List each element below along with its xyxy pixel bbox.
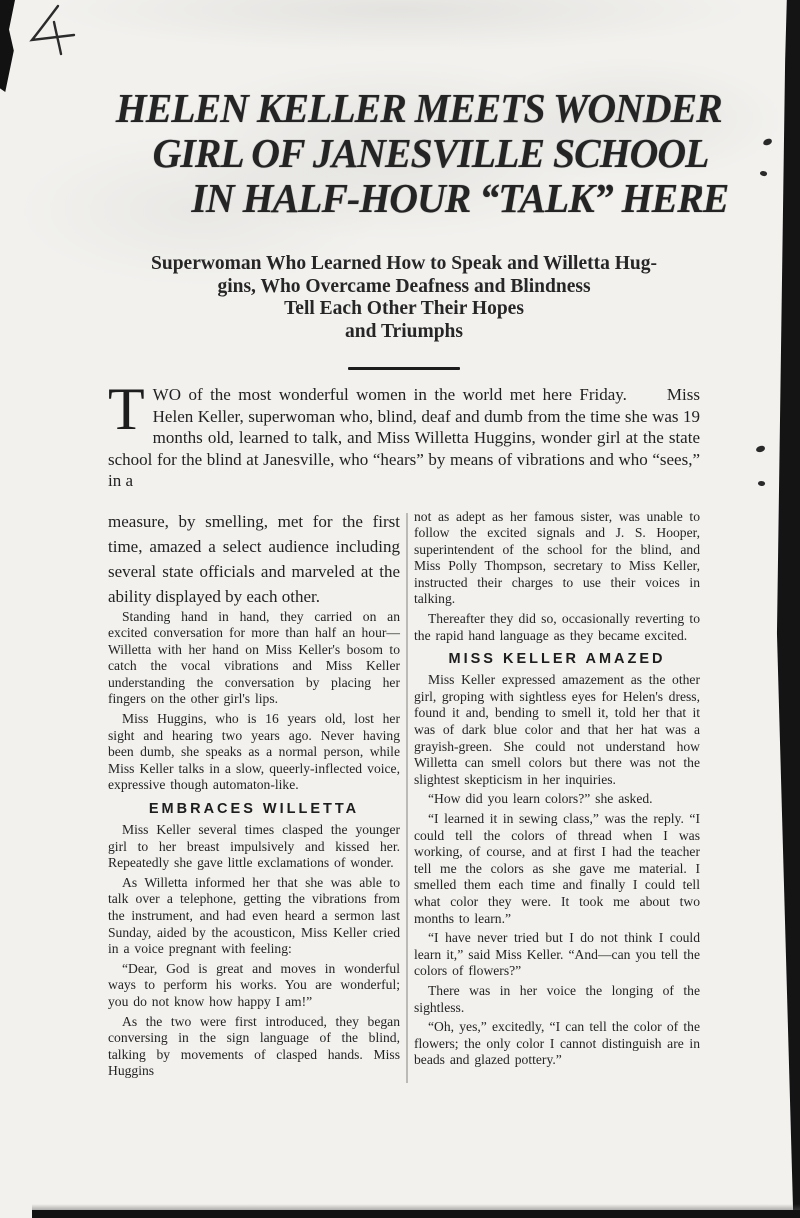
right-column: not as adept as her famous sister, was u… bbox=[414, 509, 700, 1083]
article-paragraph: Miss Huggins, who is 16 years old, lost … bbox=[108, 711, 400, 794]
headline-line: HELEN KELLER MEETS WONDER bbox=[108, 86, 682, 131]
article-paragraph: Miss Keller expressed amazement as the o… bbox=[414, 672, 700, 788]
column-divider-rule bbox=[406, 513, 408, 1083]
article-paragraph: “I learned it in sewing class,” was the … bbox=[414, 811, 700, 927]
headline-line: IN HALF-HOUR “TALK” HERE bbox=[108, 176, 682, 221]
article-paragraph: not as adept as her famous sister, was u… bbox=[414, 509, 700, 609]
article: HELEN KELLER MEETS WONDER GIRL OF JANESV… bbox=[108, 86, 700, 1083]
lead-paragraph: TWO of the most wonderful women in the w… bbox=[108, 384, 700, 492]
article-paragraph: Thereafter they did so, occasionally rev… bbox=[414, 611, 700, 644]
subheadline-line: Superwoman Who Learned How to Speak and … bbox=[108, 253, 700, 276]
article-paragraph: “How did you learn colors?” she asked. bbox=[414, 791, 700, 808]
headline-divider-rule bbox=[348, 367, 460, 370]
handwritten-four-strokes bbox=[24, 2, 80, 60]
ink-speck bbox=[756, 445, 766, 452]
headline-line: GIRL OF JANESVILLE SCHOOL bbox=[108, 131, 682, 176]
lead-continuation: measure, by smelling, met for the first … bbox=[108, 509, 400, 609]
section-header-embraces-willetta: EMBRACES WILLETTA bbox=[108, 801, 400, 817]
subheadline-line: Tell Each Other Their Hopes bbox=[108, 298, 700, 321]
newspaper-scan-page: 4 HELEN KELLER MEETS WONDER GIRL OF JANE… bbox=[0, 0, 800, 1218]
ink-speck bbox=[762, 138, 772, 146]
ink-speck bbox=[759, 170, 767, 177]
article-paragraph: As Willetta informed her that she was ab… bbox=[108, 875, 400, 958]
article-paragraph: “I have never tried but I do not think I… bbox=[414, 930, 700, 980]
handwritten-page-number: 4 bbox=[24, 2, 80, 65]
page-number-value: 4 bbox=[80, 2, 81, 3]
scan-edge-artifact-bottom bbox=[32, 1210, 800, 1218]
article-subheadline: Superwoman Who Learned How to Speak and … bbox=[108, 253, 700, 343]
article-headline: HELEN KELLER MEETS WONDER GIRL OF JANESV… bbox=[108, 86, 682, 221]
left-column: measure, by smelling, met for the first … bbox=[108, 509, 400, 1083]
article-paragraph: Standing hand in hand, they carried on a… bbox=[108, 609, 400, 709]
article-paragraph: Miss Keller several times clasped the yo… bbox=[108, 822, 400, 872]
article-paragraph: As the two were first introduced, they b… bbox=[108, 1014, 400, 1080]
lead-sentence-1: WO of the most wonderful women in the wo… bbox=[153, 385, 627, 404]
article-columns: measure, by smelling, met for the first … bbox=[108, 509, 700, 1083]
article-paragraph: “Dear, God is great and moves in wonderf… bbox=[108, 961, 400, 1011]
article-paragraph: “Oh, yes,” excitedly, “I can tell the co… bbox=[414, 1019, 700, 1069]
drop-cap: T bbox=[108, 384, 153, 432]
section-header-miss-keller-amazed: MISS KELLER AMAZED bbox=[414, 651, 700, 667]
ink-speck bbox=[757, 480, 765, 487]
subheadline-line: gins, Who Overcame Deafness and Blindnes… bbox=[108, 276, 700, 299]
subheadline-line: and Triumphs bbox=[108, 321, 700, 344]
scan-edge-artifact-right bbox=[776, 0, 800, 1218]
scan-edge-artifact-left bbox=[0, 0, 15, 92]
article-paragraph: There was in her voice the longing of th… bbox=[414, 983, 700, 1016]
